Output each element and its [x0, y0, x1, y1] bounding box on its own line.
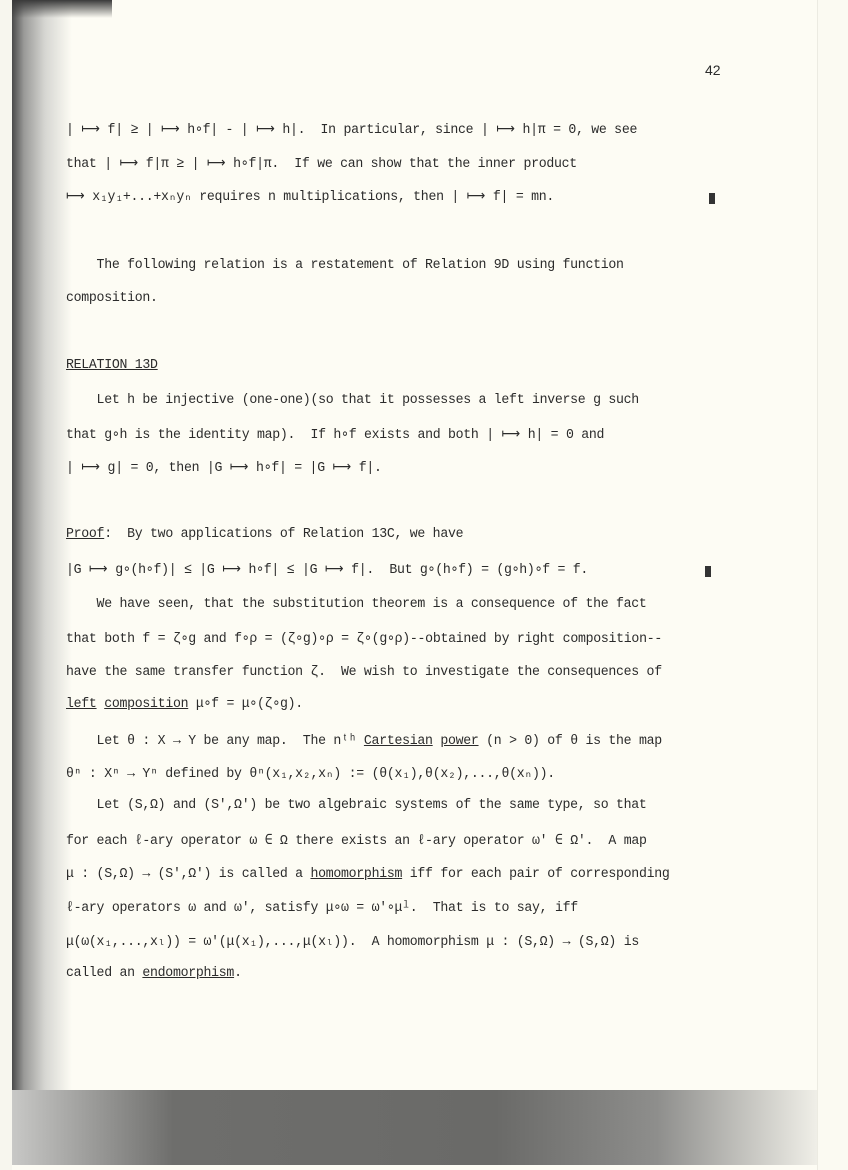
term-left: left [66, 696, 97, 712]
relation-line-3: | ⟼ g| = 0, then |G ⟼ h∘f| = |G ⟼ f|. [66, 459, 382, 476]
cartesian-prefix: Let θ : X → Y be any map. The nᵗʰ [66, 733, 364, 749]
scan-shadow-top [12, 0, 112, 18]
term-endomorphism: endomorphism [142, 965, 234, 981]
restatement-line-1: The following relation is a restatement … [66, 257, 624, 273]
substitution-line-3: have the same transfer function ζ. We wi… [66, 664, 662, 680]
qed-mark [709, 193, 715, 204]
scanned-page: 42 | ⟼ f| ≥ | ⟼ h∘f| - | ⟼ h|. In partic… [0, 0, 848, 1170]
cartesian-suffix: (n > 0) of θ is the map [479, 733, 662, 749]
left-composition-formula: μ∘f = μ∘(ζ∘g). [188, 696, 303, 712]
restatement-line-2: composition. [66, 290, 158, 306]
term-composition: composition [104, 696, 188, 712]
qed-mark [705, 566, 711, 577]
hom-prefix: μ : (S,Ω) → (S',Ω') is called a [66, 866, 310, 882]
endo-prefix: called an [66, 965, 142, 981]
term-power: power [440, 733, 478, 749]
homomorphism-line-2: for each ℓ-ary operator ω ∈ Ω there exis… [66, 832, 647, 849]
proof-line-1: Proof: By two applications of Relation 1… [66, 526, 463, 542]
substitution-line-1: We have seen, that the substitution theo… [66, 596, 647, 612]
homomorphism-line-3: μ : (S,Ω) → (S',Ω') is called a homomorp… [66, 866, 670, 882]
scan-margin-right [817, 0, 848, 1170]
relation-heading: RELATION 13D [66, 357, 158, 373]
cartesian-line-2: θⁿ : Xⁿ → Yⁿ defined by θⁿ(x₁,x₂,xₙ) := … [66, 765, 555, 782]
cartesian-line-1: Let θ : X → Y be any map. The nᵗʰ Cartes… [66, 733, 662, 749]
proof-label: Proof [66, 526, 104, 542]
intro-line-2: that | ⟼ f|π ≥ | ⟼ h∘f|π. If we can show… [66, 155, 577, 172]
substitution-line-2: that both f = ζ∘g and f∘ρ = (ζ∘g)∘ρ = ζ∘… [66, 630, 662, 647]
scan-margin-left [0, 0, 12, 1170]
scan-shadow-left [12, 0, 72, 1095]
intro-line-3: ⟼ x₁y₁+...+xₙyₙ requires n multiplicatio… [66, 188, 554, 205]
homomorphism-line-4: ℓ-ary operators ω and ω', satisfy μ∘ω = … [66, 899, 578, 916]
homomorphism-line-5: μ(ω(x₁,...,xₗ)) = ω'(μ(x₁),...,μ(xₗ)). A… [66, 933, 639, 950]
proof-text: : By two applications of Relation 13C, w… [104, 526, 463, 542]
homomorphism-line-1: Let (S,Ω) and (S',Ω') be two algebraic s… [66, 797, 647, 813]
endo-suffix: . [234, 965, 242, 981]
left-composition-line: left composition μ∘f = μ∘(ζ∘g). [66, 695, 303, 712]
scan-shadow-bottom [12, 1090, 818, 1165]
intro-line-1: | ⟼ f| ≥ | ⟼ h∘f| - | ⟼ h|. In particula… [66, 121, 637, 138]
proof-line-2: |G ⟼ g∘(h∘f)| ≤ |G ⟼ h∘f| ≤ |G ⟼ f|. But… [66, 561, 588, 578]
relation-line-2: that g∘h is the identity map). If h∘f ex… [66, 426, 604, 443]
page-number: 42 [705, 62, 721, 78]
hom-suffix: iff for each pair of corresponding [402, 866, 669, 882]
term-homomorphism: homomorphism [310, 866, 402, 882]
relation-line-1: Let h be injective (one-one)(so that it … [66, 392, 639, 408]
term-cartesian: Cartesian [364, 733, 433, 749]
homomorphism-line-6: called an endomorphism. [66, 965, 242, 981]
